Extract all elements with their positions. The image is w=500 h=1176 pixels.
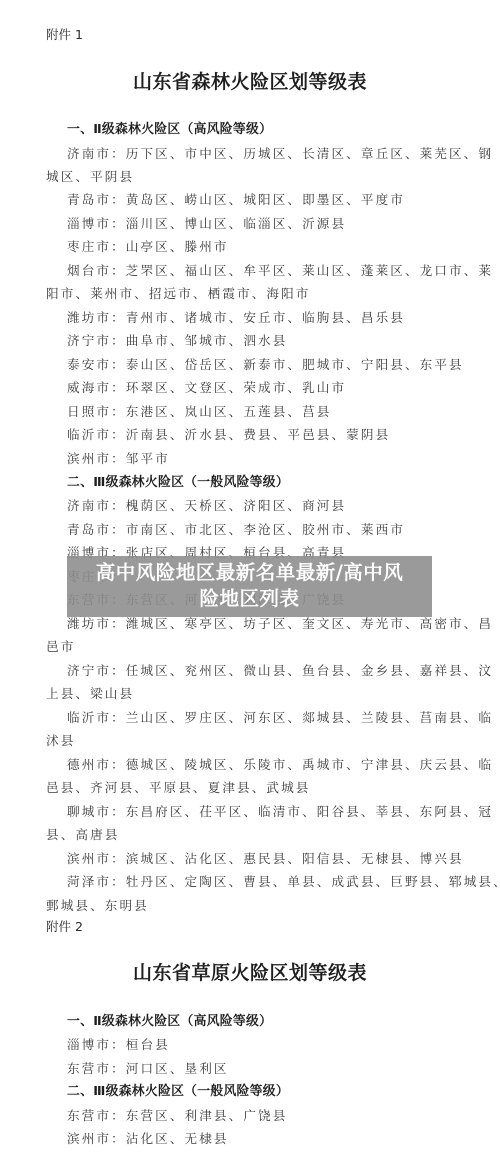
list-item: 聊城市：东昌府区、茌平区、临清市、阳谷县、莘县、东阿县、冠 bbox=[67, 803, 493, 821]
list-item: 东营市：东营区、利津县、广饶县 bbox=[67, 1107, 287, 1125]
list-item-continuation: 邑县、齐河县、平原县、夏津县、武城县 bbox=[46, 779, 311, 797]
document-page: 附件 1 山东省森林火险区划等级表 一、Ⅱ级森林火险区（高风险等级） 济南市：历… bbox=[0, 0, 500, 1176]
list-item: 潍坊市：青州市、诸城市、安丘市、临朐县、昌乐县 bbox=[67, 309, 405, 327]
list-item: 泰安市：泰山区、岱岳区、新泰市、肥城市、宁阳县、东平县 bbox=[67, 356, 464, 374]
list-item: 济南市：槐荫区、天桥区、济阳区、商河县 bbox=[67, 497, 346, 515]
list-item: 济南市：历下区、市中区、历城区、长清区、章丘区、莱芜区、钢 bbox=[67, 145, 493, 163]
annex-2-label: 附件 2 bbox=[46, 919, 83, 935]
list-item-continuation: 县、高唐县 bbox=[46, 826, 119, 844]
list-item: 滨州市：滨城区、沾化区、惠民县、阳信县、无棣县、博兴县 bbox=[67, 850, 464, 868]
list-item-continuation: 城区、平阴县 bbox=[46, 168, 134, 186]
list-item: 青岛市：黄岛区、崂山区、城阳区、即墨区、平度市 bbox=[67, 191, 405, 209]
annex-2-section-2-heading: 二、Ⅲ级森林火险区（一般风险等级） bbox=[67, 1083, 289, 1101]
list-item: 济宁市：任城区、兖州区、微山县、鱼台县、金乡县、嘉祥县、汶 bbox=[67, 662, 493, 680]
list-item: 临沂市：沂南县、沂水县、费县、平邑县、蒙阴县 bbox=[67, 426, 390, 444]
overlay-title: 高中风险地区最新名单最新/高中风 险地区列表 bbox=[67, 560, 432, 612]
list-item: 枣庄市：山亭区、滕州市 bbox=[67, 238, 229, 256]
list-item: 菏泽市：牡丹区、定陶区、曹县、单县、成武县、巨野县、郓城县、 bbox=[67, 873, 500, 891]
list-item: 威海市：环翠区、文登区、荣成市、乳山市 bbox=[67, 379, 346, 397]
annex-2-title: 山东省草原火险区划等级表 bbox=[0, 961, 500, 985]
list-item: 德州市：德城区、陵城区、乐陵市、禹城市、宁津县、庆云县、临 bbox=[67, 756, 493, 774]
list-item-continuation: 鄄城县、东明县 bbox=[46, 897, 149, 915]
list-item-continuation: 上县、梁山县 bbox=[46, 685, 134, 703]
list-item: 滨州市：沾化区、无棣县 bbox=[67, 1130, 229, 1148]
title-overlay-banner: 高中风险地区最新名单最新/高中风 险地区列表 bbox=[67, 556, 432, 617]
list-item: 临沂市：兰山区、罗庄区、河东区、郯城县、兰陵县、莒南县、临 bbox=[67, 709, 493, 727]
list-item: 日照市：东港区、岚山区、五莲县、莒县 bbox=[67, 403, 332, 421]
list-item: 潍坊市：潍城区、寒亭区、坊子区、奎文区、寿光市、高密市、昌 bbox=[67, 615, 493, 633]
annex-1-section-1-heading: 一、Ⅱ级森林火险区（高风险等级） bbox=[67, 121, 272, 139]
list-item: 淄博市：桓台县 bbox=[67, 1036, 170, 1054]
list-item: 青岛市：市南区、市北区、李沧区、胶州市、莱西市 bbox=[67, 521, 405, 539]
annex-1-label: 附件 1 bbox=[46, 27, 83, 43]
list-item: 淄博市：淄川区、博山区、临淄区、沂源县 bbox=[67, 215, 346, 233]
list-item-continuation: 邑市 bbox=[46, 638, 75, 656]
list-item-continuation: 沭县 bbox=[46, 732, 75, 750]
list-item: 济宁市：曲阜市、邹城市、泗水县 bbox=[67, 332, 287, 350]
annex-2-section-1-heading: 一、Ⅱ级森林火险区（高风险等级） bbox=[67, 1013, 272, 1031]
list-item: 烟台市：芝罘区、福山区、牟平区、莱山区、蓬莱区、龙口市、莱 bbox=[67, 262, 493, 280]
overlay-title-line-1: 高中风险地区最新名单最新/高中风 bbox=[67, 560, 432, 586]
list-item: 滨州市：邹平市 bbox=[67, 450, 170, 468]
annex-1-section-2-heading: 二、Ⅲ级森林火险区（一般风险等级） bbox=[67, 474, 289, 492]
list-item: 东营市：河口区、垦利区 bbox=[67, 1060, 229, 1078]
annex-1-title: 山东省森林火险区划等级表 bbox=[0, 70, 500, 94]
overlay-title-line-2: 险地区列表 bbox=[67, 586, 432, 612]
list-item-continuation: 阳市、莱州市、招远市、栖霞市、海阳市 bbox=[46, 285, 311, 303]
